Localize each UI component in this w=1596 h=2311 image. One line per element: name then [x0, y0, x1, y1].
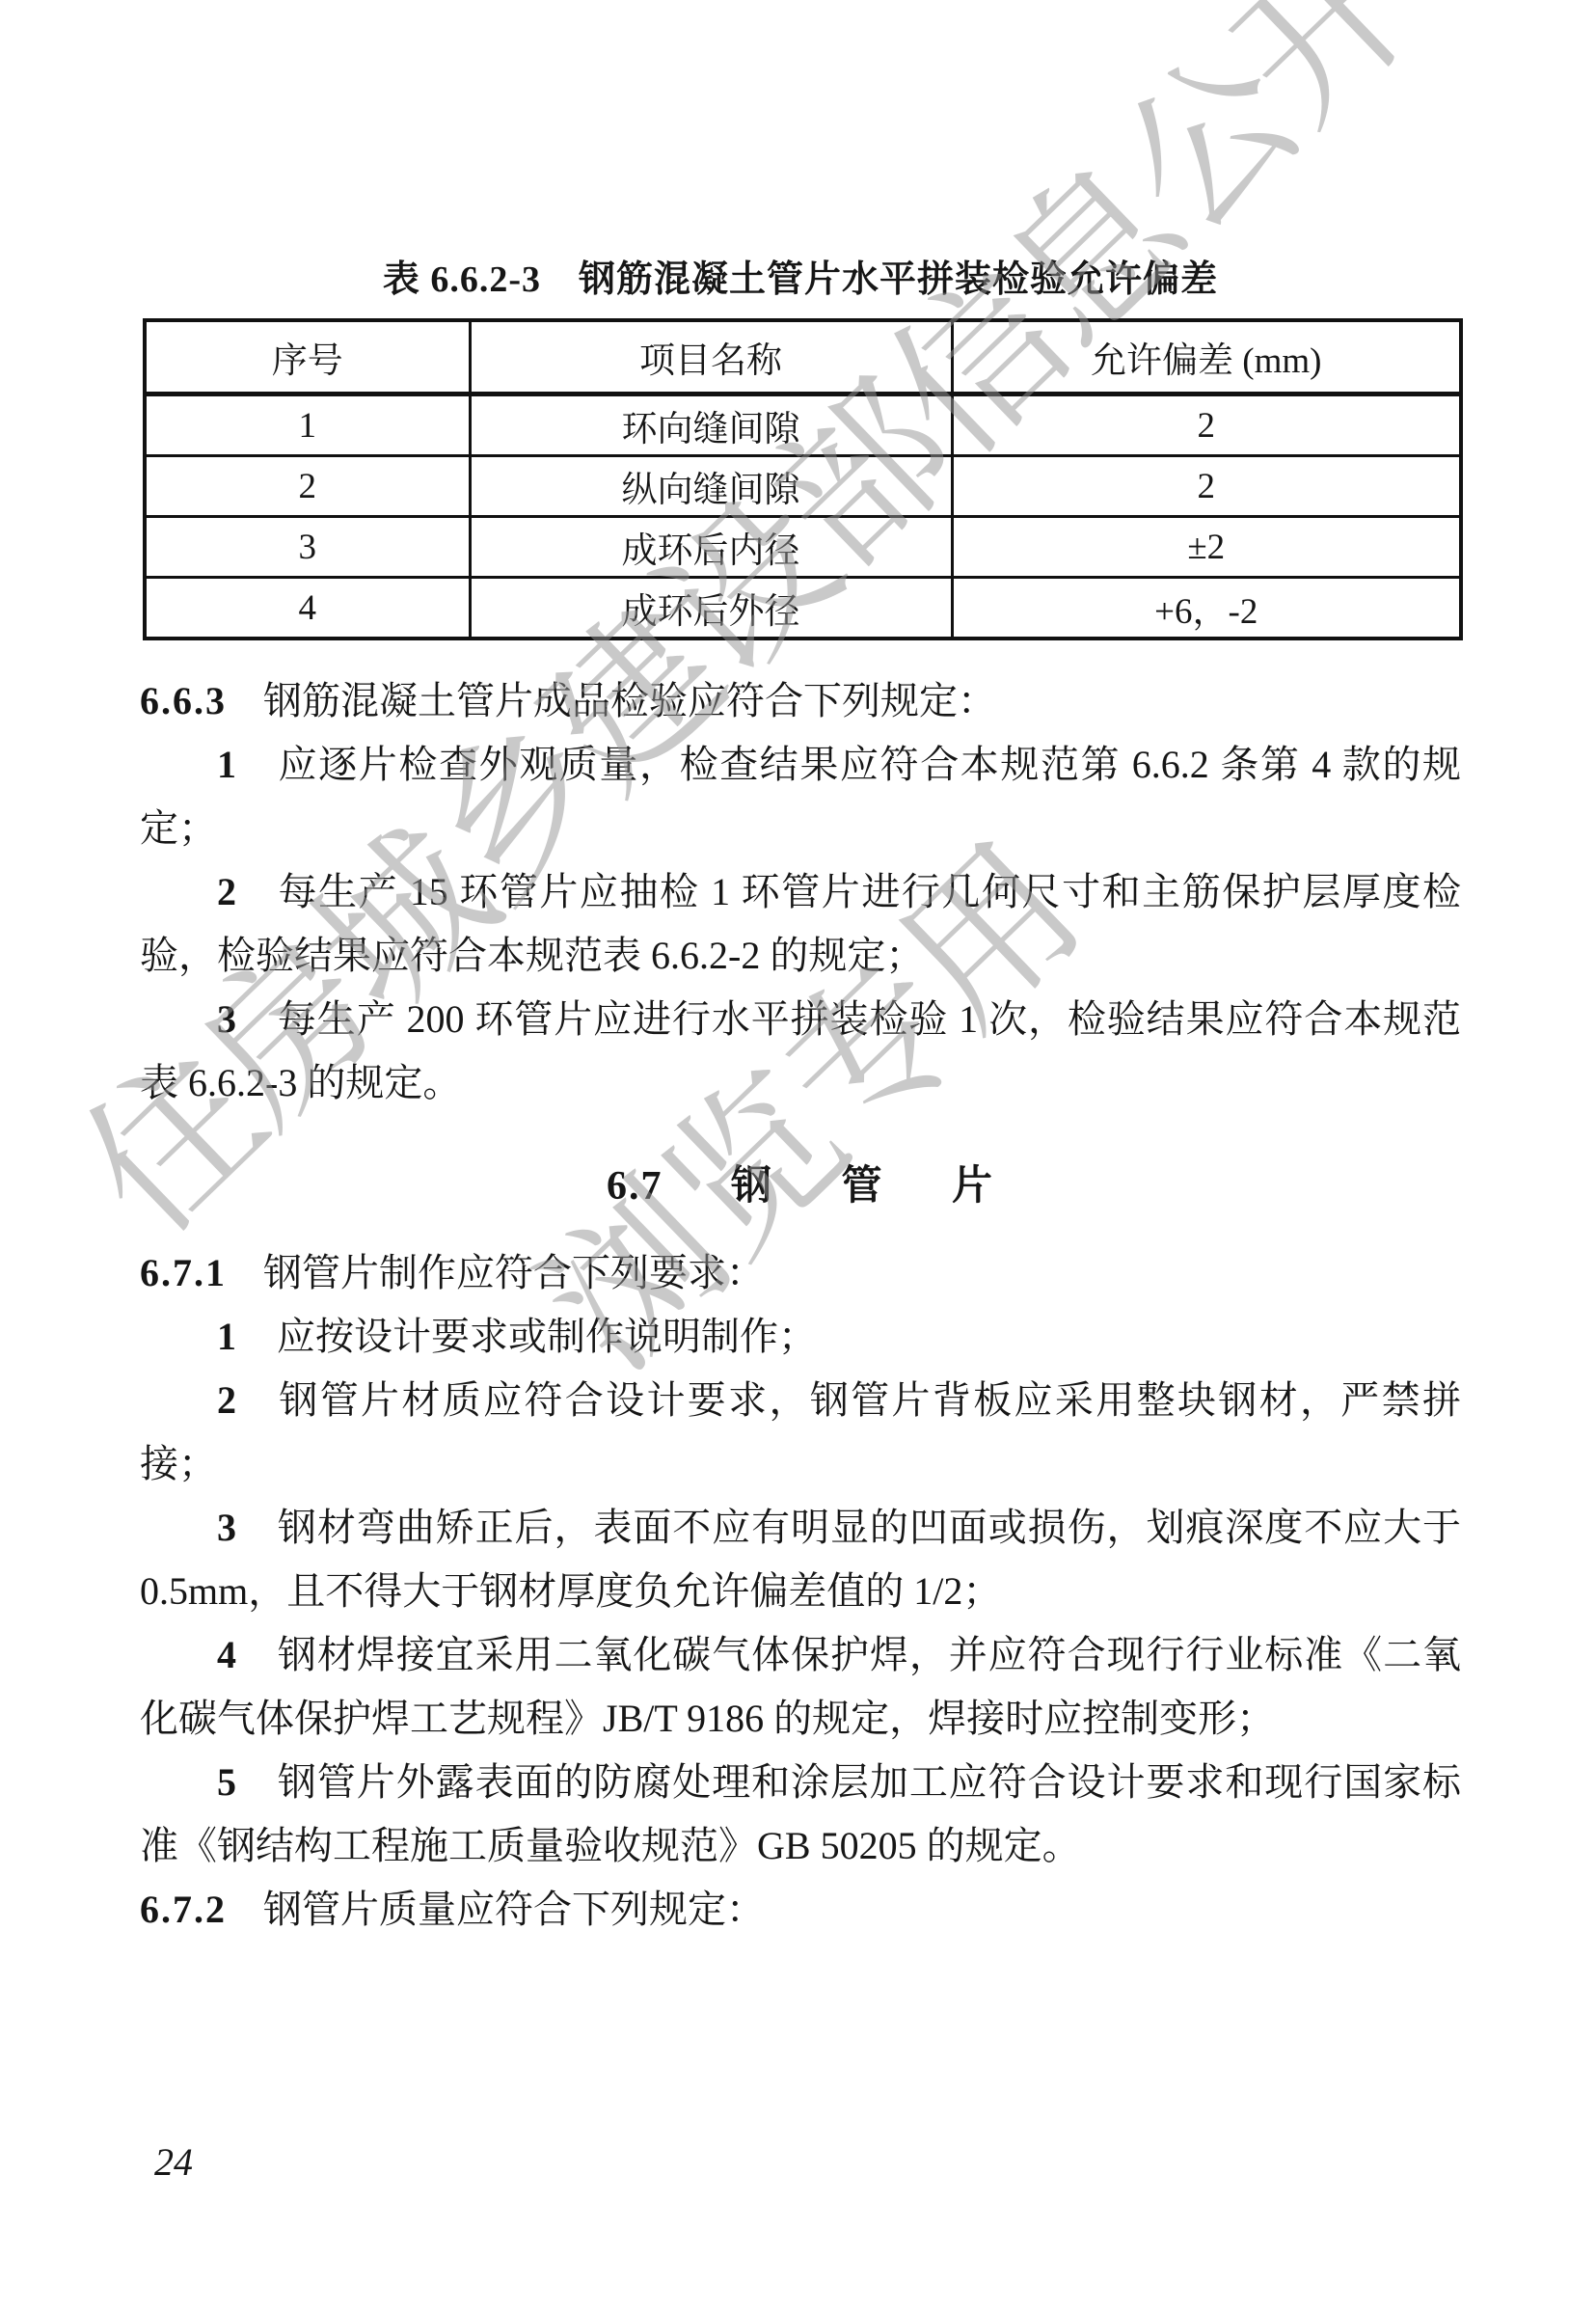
table-row: 2 纵向缝间隙 2 [145, 456, 1461, 517]
column-header-seq: 序号 [145, 320, 470, 394]
item-text: 钢管片外露表面的防腐处理和涂层加工应符合设计要求和现行国家标准《钢结构工程施工质… [140, 1760, 1461, 1867]
clause-number: 6.6.3 [140, 679, 227, 722]
clause-number: 6.7.2 [140, 1888, 227, 1931]
column-header-item: 项目名称 [470, 320, 952, 394]
table-row: 1 环向缝间隙 2 [145, 394, 1461, 456]
cell-item: 成环后内径 [470, 517, 952, 578]
item-number: 1 [217, 743, 236, 786]
item-6-7-1-1: 1应按设计要求或制作说明制作； [140, 1305, 1461, 1369]
item-text: 钢材弯曲矫正后，表面不应有明显的凹面或损伤，划痕深度不应大于 0.5mm，且不得… [140, 1506, 1461, 1613]
clause-6-7-1: 6.7.1钢管片制作应符合下列要求： [140, 1241, 1461, 1305]
item-text: 钢材焊接宜采用二氧化碳气体保护焊，并应符合现行行业标准《二氧化碳气体保护焊工艺规… [140, 1633, 1461, 1740]
item-number: 2 [217, 870, 236, 913]
table-caption: 表 6.6.2-3 钢筋混凝土管片水平拼装检验允许偏差 [140, 249, 1461, 302]
item-number: 3 [217, 997, 236, 1041]
cell-seq: 4 [145, 578, 470, 639]
item-text: 应按设计要求或制作说明制作； [277, 1315, 817, 1358]
item-6-7-1-4: 4钢材焊接宜采用二氧化碳气体保护焊，并应符合现行行业标准《二氧化碳气体保护焊工艺… [140, 1623, 1461, 1751]
table-body: 1 环向缝间隙 2 2 纵向缝间隙 2 3 成环后内径 ±2 4 成环后外径 +… [145, 394, 1461, 639]
allowed-deviation-table: 序号 项目名称 允许偏差 (mm) 1 环向缝间隙 2 2 纵向缝间隙 2 3 … [143, 318, 1463, 640]
cell-dev: 2 [952, 394, 1461, 456]
item-number: 1 [217, 1315, 236, 1358]
item-number: 2 [217, 1378, 236, 1422]
item-6-7-1-2: 2钢管片材质应符合设计要求，钢管片背板应采用整块钢材，严禁拼接； [140, 1369, 1461, 1496]
cell-seq: 3 [145, 517, 470, 578]
item-number: 4 [217, 1633, 236, 1676]
cell-item: 纵向缝间隙 [470, 456, 952, 517]
document-page: 住房城乡建设部信息公开 浏览专用 表 6.6.2-3 钢筋混凝土管片水平拼装检验… [0, 0, 1596, 2311]
clause-6-7-2: 6.7.2钢管片质量应符合下列规定： [140, 1878, 1461, 1942]
table-header: 序号 项目名称 允许偏差 (mm) [145, 320, 1461, 394]
cell-item: 成环后外径 [470, 578, 952, 639]
table-row: 4 成环后外径 +6，-2 [145, 578, 1461, 639]
item-number: 5 [217, 1760, 236, 1804]
cell-seq: 2 [145, 456, 470, 517]
item-6-7-1-3: 3钢材弯曲矫正后，表面不应有明显的凹面或损伤，划痕深度不应大于 0.5mm，且不… [140, 1496, 1461, 1623]
clause-text: 钢筋混凝土管片成品检验应符合下列规定： [263, 679, 996, 722]
item-6-6-3-2: 2每生产 15 环管片应抽检 1 环管片进行几何尺寸和主筋保护层厚度检验，检验结… [140, 860, 1461, 988]
section-heading-6-7: 6.7 钢 管 片 [140, 1155, 1461, 1218]
table-row: 3 成环后内径 ±2 [145, 517, 1461, 578]
cell-dev: 2 [952, 456, 1461, 517]
column-header-dev: 允许偏差 (mm) [952, 320, 1461, 394]
cell-dev: +6，-2 [952, 578, 1461, 639]
item-6-6-3-1: 1应逐片检查外观质量，检查结果应符合本规范第 6.6.2 条第 4 款的规定； [140, 733, 1461, 860]
item-text: 应逐片检查外观质量，检查结果应符合本规范第 6.6.2 条第 4 款的规定； [140, 743, 1461, 850]
item-6-7-1-5: 5钢管片外露表面的防腐处理和涂层加工应符合设计要求和现行国家标准《钢结构工程施工… [140, 1751, 1461, 1878]
item-text: 每生产 15 环管片应抽检 1 环管片进行几何尺寸和主筋保护层厚度检验，检验结果… [140, 870, 1461, 977]
table-header-row: 序号 项目名称 允许偏差 (mm) [145, 320, 1461, 394]
clause-6-6-3: 6.6.3钢筋混凝土管片成品检验应符合下列规定： [140, 669, 1461, 733]
clause-number: 6.7.1 [140, 1251, 227, 1294]
body-text: 6.6.3钢筋混凝土管片成品检验应符合下列规定： 1应逐片检查外观质量，检查结果… [140, 669, 1461, 1942]
cell-item: 环向缝间隙 [470, 394, 952, 456]
item-6-6-3-3: 3每生产 200 环管片应进行水平拼装检验 1 次，检验结果应符合本规范表 6.… [140, 988, 1461, 1115]
item-number: 3 [217, 1506, 236, 1549]
page-number: 24 [154, 2139, 193, 2185]
cell-dev: ±2 [952, 517, 1461, 578]
cell-seq: 1 [145, 394, 470, 456]
item-text: 钢管片材质应符合设计要求，钢管片背板应采用整块钢材，严禁拼接； [140, 1378, 1461, 1485]
item-text: 每生产 200 环管片应进行水平拼装检验 1 次，检验结果应符合本规范表 6.6… [140, 997, 1461, 1104]
clause-text: 钢管片制作应符合下列要求： [263, 1251, 765, 1294]
clause-text: 钢管片质量应符合下列规定： [263, 1888, 765, 1931]
